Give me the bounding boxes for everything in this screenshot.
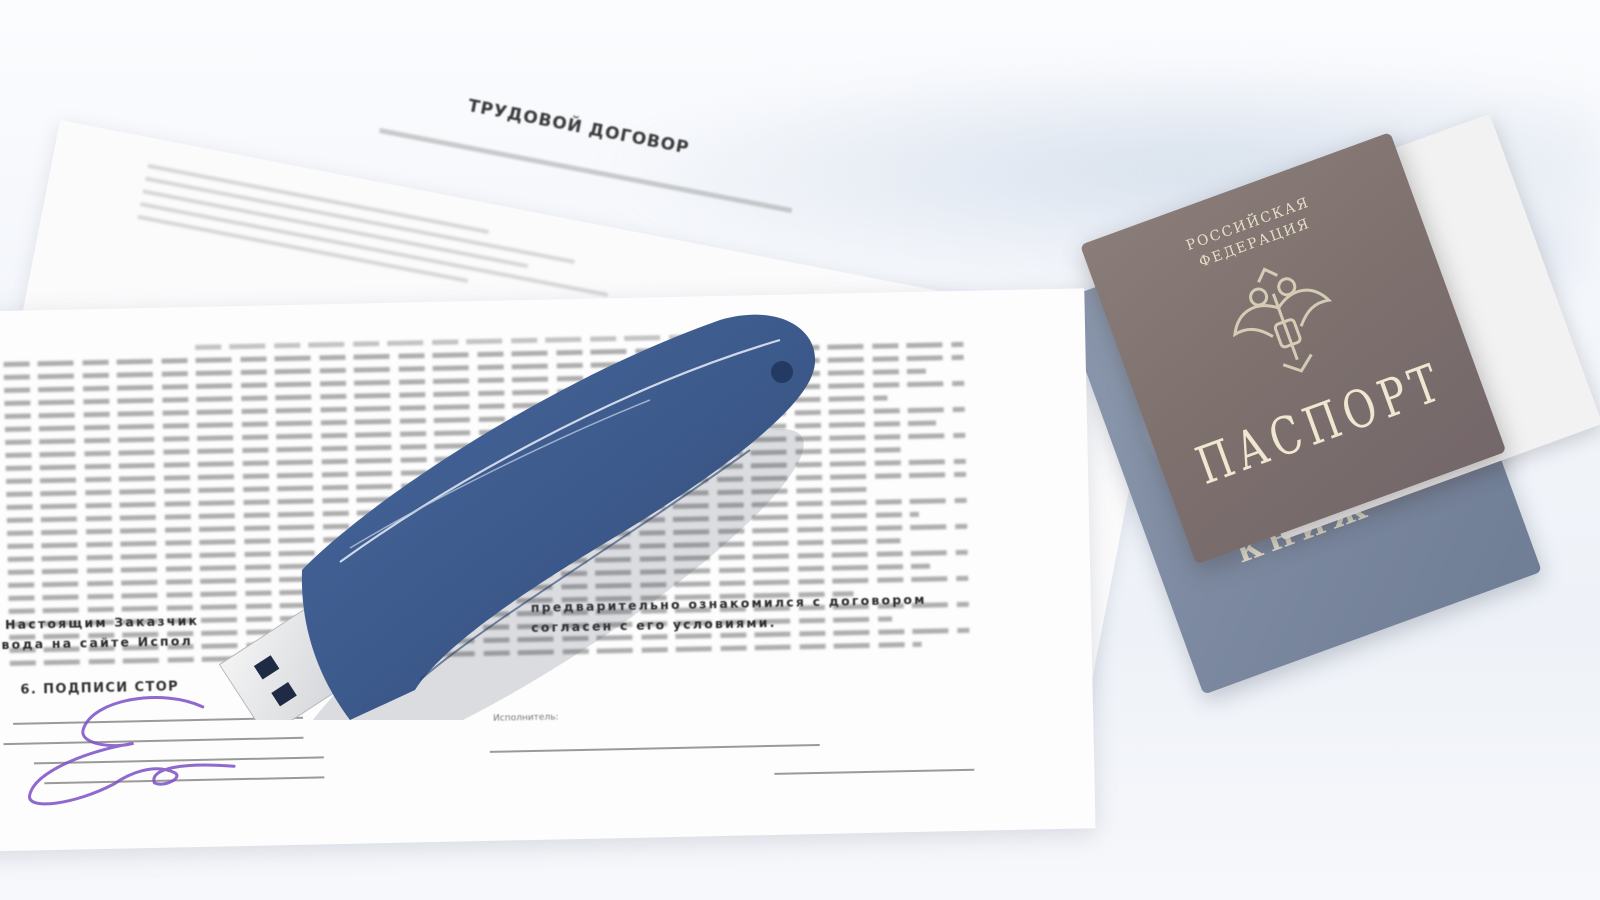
photo-scene: ТРУДОВОЙ ДОГОВОР ТРУДОВ КНИЖ РОССИЙСКАЯ … — [0, 0, 1600, 900]
double-headed-eagle-icon — [1207, 245, 1361, 399]
usb-token — [190, 300, 830, 720]
signature-line — [490, 744, 820, 752]
signature-line — [774, 769, 974, 775]
lanyard-hole-icon — [771, 361, 793, 383]
